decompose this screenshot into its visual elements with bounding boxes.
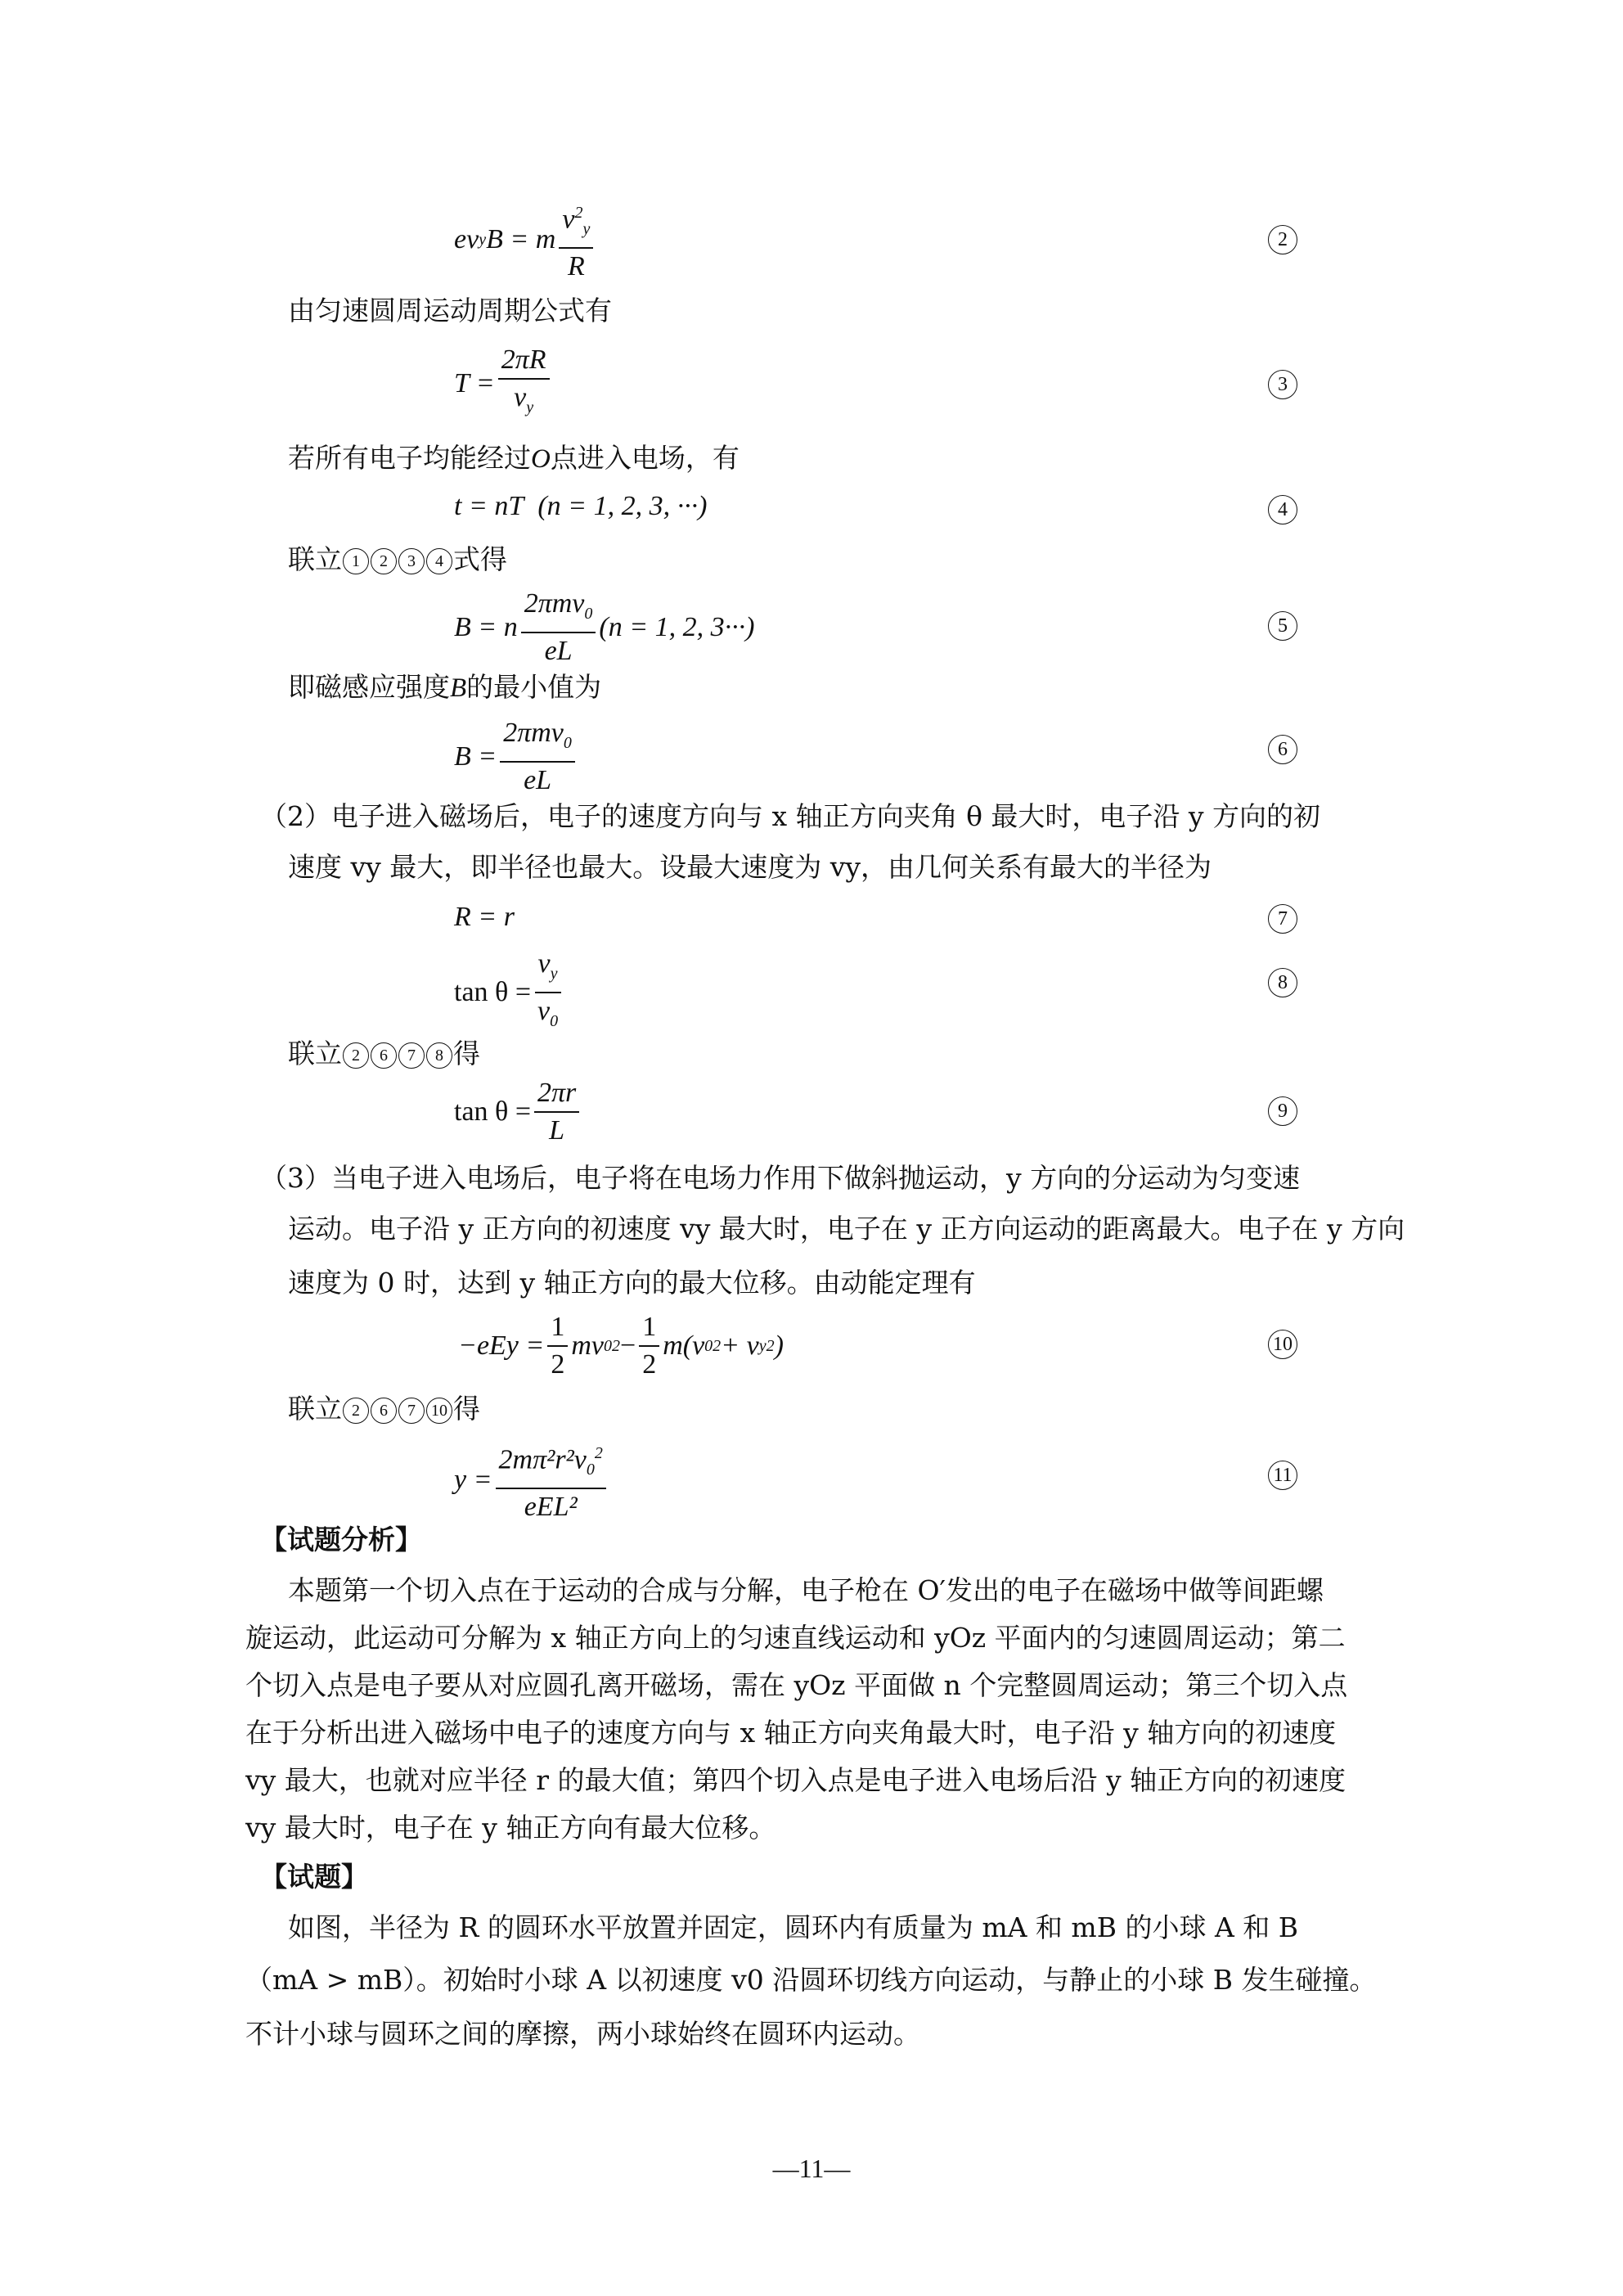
text-l4-a: 即磁感应强度 [288,671,450,703]
ref-mark: 7 [398,1398,425,1424]
ref-mark: 4 [426,548,452,574]
eq9-den: L [546,1113,568,1147]
equation-number-5: 5 [1268,611,1297,641]
eq9-num: 2πr [534,1077,579,1113]
equation-number-11: 11 [1268,1461,1297,1490]
eq10-psup: 2 [713,1337,721,1356]
eq10-lhs: −eEy = [458,1330,544,1362]
eq10-minus: − [620,1330,636,1362]
eq10-half-den: 2 [547,1347,568,1381]
text-l3-a: 联立 [288,543,342,575]
text-l5-a: 联立 [288,1038,342,1069]
analysis-line-1: 本题第一个切入点在于运动的合成与分解，电子枪在 O′发出的电子在磁场中做等间距螺 [288,1574,1324,1607]
eq6-lhs: B = [454,741,497,772]
eq10-paren-open: (v [683,1330,704,1362]
text-l4-c: 的最小值为 [466,671,601,703]
question-line-2: （mA > mB）。初始时小球 A 以初速度 v0 沿圆环切线方向运动，与静止的… [245,1964,1376,1997]
ref-mark: 6 [371,1042,397,1069]
ref-mark: 2 [343,1398,369,1424]
eq2-num-sup: 2 [574,204,582,222]
eq8-lhs: tan θ = [454,977,531,1008]
equation-3: T = 2πR vy [454,344,553,424]
text-combine-1234: 联立1234式得 [288,543,507,576]
eq2-num-sub: y [582,220,590,238]
eq2-den: R [564,249,588,283]
equation-number-2: 2 [1268,225,1297,254]
eq3-num: 2πR [498,344,550,380]
equation-8: tan θ = vy v0 [454,948,564,1038]
paragraph-2-line2: 速度 vy 最大，即半径也最大。设最大速度为 vy，由几何关系有最大的半径为 [288,851,1212,884]
eq2-lhs-tail: B = m [486,224,555,255]
eq11-den: eEL² [521,1489,581,1524]
text-combine-26710: 联立26710得 [288,1393,480,1425]
eq11-num: 2mπ²r²v [499,1444,587,1474]
eq5-fraction: 2πmv0 eL [521,588,596,668]
eq5-num: 2πmv [524,588,585,619]
eq10-term2: m [663,1330,683,1362]
analysis-line-5: vy 最大，也就对应半径 r 的最大值；第四个切入点是电子进入电场后沿 y 轴正… [245,1764,1346,1797]
eq10-plus: + v [721,1330,759,1362]
eq3-den-sub: y [526,398,533,416]
eq11-fraction: 2mπ²r²v02 eEL² [496,1437,606,1524]
eq10-term1: mv [571,1330,604,1362]
analysis-line-4: 在于分析出进入磁场中电子的速度方向与 x 轴正方向夹角最大时，电子沿 y 轴方向… [245,1717,1336,1749]
text-l3-b: 式得 [453,543,507,575]
equation-9: tan θ = 2πr L [454,1077,582,1147]
point-O: O [531,444,551,474]
eq10-term1-sup: 2 [612,1337,620,1356]
equation-5: B = n 2πmv0 eL (n = 1, 2, 3···) [454,588,755,668]
eq11-num-sub: 0 [587,1461,595,1479]
eq8-den-sub: 0 [550,1012,558,1030]
eq9-lhs: tan θ = [454,1096,531,1128]
page-number: —11— [0,2154,1623,2184]
paragraph-3-line3: 速度为 0 时，达到 y 轴正方向的最大位移。由动能定理有 [288,1267,976,1299]
equation-7: R = r [454,902,515,933]
equation-2: evyB = m v2y R [454,196,596,283]
text-l6-a: 联立 [288,1393,342,1425]
ref-mark: 8 [426,1042,452,1069]
eq2-fraction: v2y R [559,196,593,283]
ref-mark: 3 [398,548,425,574]
eq10-psup2: 2 [767,1337,775,1356]
ref-mark: 1 [343,548,369,574]
analysis-line-6: vy 最大时，电子在 y 轴正方向有最大位移。 [245,1812,776,1844]
equation-6: B = 2πmv0 eL [454,717,578,797]
paragraph-3-line1: （3）当电子进入电场后，电子将在电场力作用下做斜抛运动，y 方向的分运动为匀变速 [260,1162,1300,1195]
eq10-half-2: 1 2 [639,1311,659,1381]
eq8-num-sub: y [551,965,558,983]
analysis-line-3: 个切入点是电子要从对应圆孔离开磁场，需在 yOz 平面做 n 个完整圆周运动；第… [245,1669,1347,1702]
text-l6-b: 得 [453,1393,480,1425]
eq5-den: eL [542,633,576,668]
eq10-half-num: 1 [547,1311,568,1347]
eq2-num: v [562,204,574,234]
equation-number-10: 10 [1268,1330,1297,1359]
eq6-fraction: 2πmv0 eL [500,717,575,797]
eq10-term1-sub: 0 [604,1337,612,1356]
equation-number-8: 8 [1268,968,1297,997]
eq10-half2-num: 1 [639,1311,659,1347]
eq8-den: v [537,996,550,1026]
text-l5-b: 得 [453,1038,480,1069]
eq5-lhs: B = n [454,612,518,643]
paragraph-2-line1: （2）电子进入磁场后，电子的速度方向与 x 轴正方向夹角 θ 最大时，电子沿 y… [260,800,1320,833]
text-l2-a: 若所有电子均能经过 [288,442,531,474]
analysis-header: 【试题分析】 [260,1524,422,1556]
eq4-main: t = nT [454,491,524,522]
eq11-lhs: y = [454,1465,492,1496]
eq3-fraction: 2πR vy [498,344,550,424]
text-all-electrons: 若所有电子均能经过O点进入电场，有 [288,442,740,475]
eq10-half-1: 1 2 [547,1311,568,1381]
text-combine-2678: 联立2678得 [288,1038,480,1070]
text-l2-c: 点进入电场，有 [551,442,740,474]
var-B: B [450,673,466,703]
ref-mark: 7 [398,1042,425,1069]
eq4-cond: (n = 1, 2, 3, ···) [537,491,707,522]
paragraph-3-line2: 运动。电子沿 y 正方向的初速度 vy 最大时，电子在 y 正方向运动的距离最大… [288,1213,1405,1245]
text-period-formula: 由匀速圆周运动周期公式有 [288,295,612,327]
eq10-half2-den: 2 [639,1347,659,1381]
eq10-paren-close: ) [775,1330,784,1362]
eq7-main: R = r [454,902,515,933]
ref-mark: 2 [371,548,397,574]
eq6-num: 2πmv [503,718,564,748]
equation-11: y = 2mπ²r²v02 eEL² [454,1437,609,1524]
equation-10: −eEy = 1 2 mv02 − 1 2 m (v02 + vy2) [458,1311,784,1381]
equation-4: t = nT (n = 1, 2, 3, ···) [454,491,707,522]
eq8-fraction: vy v0 [534,948,561,1038]
eq2-lhs-sub: y [479,231,486,250]
question-header: 【试题】 [260,1861,368,1893]
eq2-lhs: ev [454,224,479,255]
eq8-num: v [538,948,551,979]
eq3-den: v [514,382,526,412]
eq6-den: eL [520,763,555,797]
equation-number-4: 4 [1268,495,1297,524]
equation-number-7: 7 [1268,904,1297,934]
eq11-num-sup: 2 [595,1444,603,1462]
eq3-lhs: T = [454,368,495,399]
analysis-line-2: 旋运动，此运动可分解为 x 轴正方向上的匀速直线运动和 yOz 平面内的匀速圆周… [245,1622,1346,1654]
equation-number-9: 9 [1268,1096,1297,1126]
eq10-psuby: y [759,1337,767,1356]
eq5-num-sub: 0 [584,605,592,623]
text-min-B: 即磁感应强度B的最小值为 [288,671,601,705]
ref-mark: 10 [426,1398,452,1424]
eq10-psub0: 0 [704,1337,713,1356]
question-line-1: 如图，半径为 R 的圆环水平放置并固定，圆环内有质量为 mA 和 mB 的小球 … [288,1911,1298,1944]
equation-number-3: 3 [1268,370,1297,399]
eq9-fraction: 2πr L [534,1077,579,1147]
eq6-num-sub: 0 [564,734,572,752]
ref-mark: 6 [371,1398,397,1424]
eq5-cond: (n = 1, 2, 3···) [599,612,754,643]
equation-number-6: 6 [1268,735,1297,764]
question-line-3: 不计小球与圆环之间的摩擦，两小球始终在圆环内运动。 [245,2018,920,2051]
ref-mark: 2 [343,1042,369,1069]
